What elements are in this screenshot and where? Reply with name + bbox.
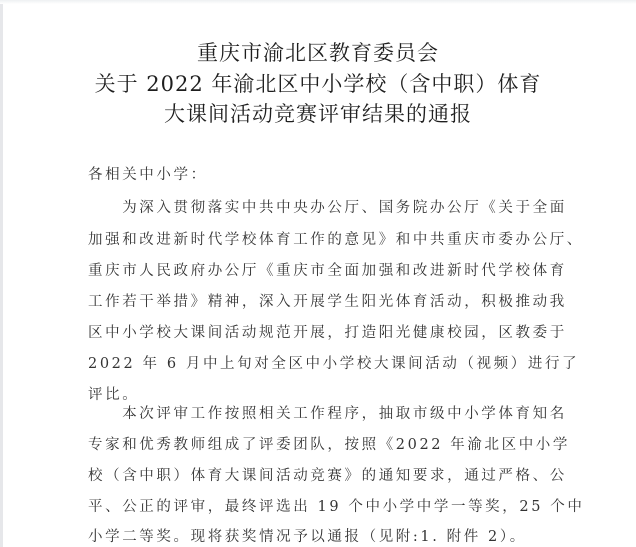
body-line: 专家和优秀教师组成了评委团队，按照《2022 年渝北区中小学 bbox=[88, 433, 558, 454]
body-line: 评比。 bbox=[88, 383, 558, 404]
body-line: 工作若干举措》精神，深入开展学生阳光体育活动，积极推动我 bbox=[88, 290, 558, 311]
document-title-line-2: 关于 2022 年渝北区中小学校（含中职）体育 bbox=[0, 68, 636, 98]
salutation: 各相关中小学： bbox=[88, 163, 558, 184]
body-line: 平、公正的评审，最终评选出 19 个中小学中学一等奖，25 个中 bbox=[88, 495, 558, 516]
body-line: 区中小学校大课间活动规范开展，打造阳光健康校园，区教委于 bbox=[88, 321, 558, 342]
body-line: 2022 年 6 月中上旬对全区中小学校大课间活动（视频）进行了 bbox=[88, 352, 558, 373]
body-line: 校（含中职）体育大课间活动竞赛》的通知要求，通过严格、公 bbox=[88, 464, 558, 485]
body-line: 为深入贯彻落实中共中央办公厅、国务院办公厅《关于全面 bbox=[88, 196, 558, 217]
page-top-shadow bbox=[0, 0, 636, 4]
body-line: 加强和改进新时代学校体育工作的意见》和中共重庆市委办公厅、 bbox=[88, 228, 558, 249]
body-line: 本次评审工作按照相关工作程序，抽取市级中小学体育知名 bbox=[88, 402, 558, 423]
document-title-line-3: 大课间活动竞赛评审结果的通报 bbox=[0, 98, 636, 128]
body-line: 重庆市人民政府办公厅《重庆市全面加强和改进新时代学校体育 bbox=[88, 259, 558, 280]
document-title-line-1: 重庆市渝北区教育委员会 bbox=[0, 37, 636, 67]
body-line: 小学二等奖。现将获奖情况予以通报（见附:1. 附件 2）。 bbox=[88, 525, 558, 546]
